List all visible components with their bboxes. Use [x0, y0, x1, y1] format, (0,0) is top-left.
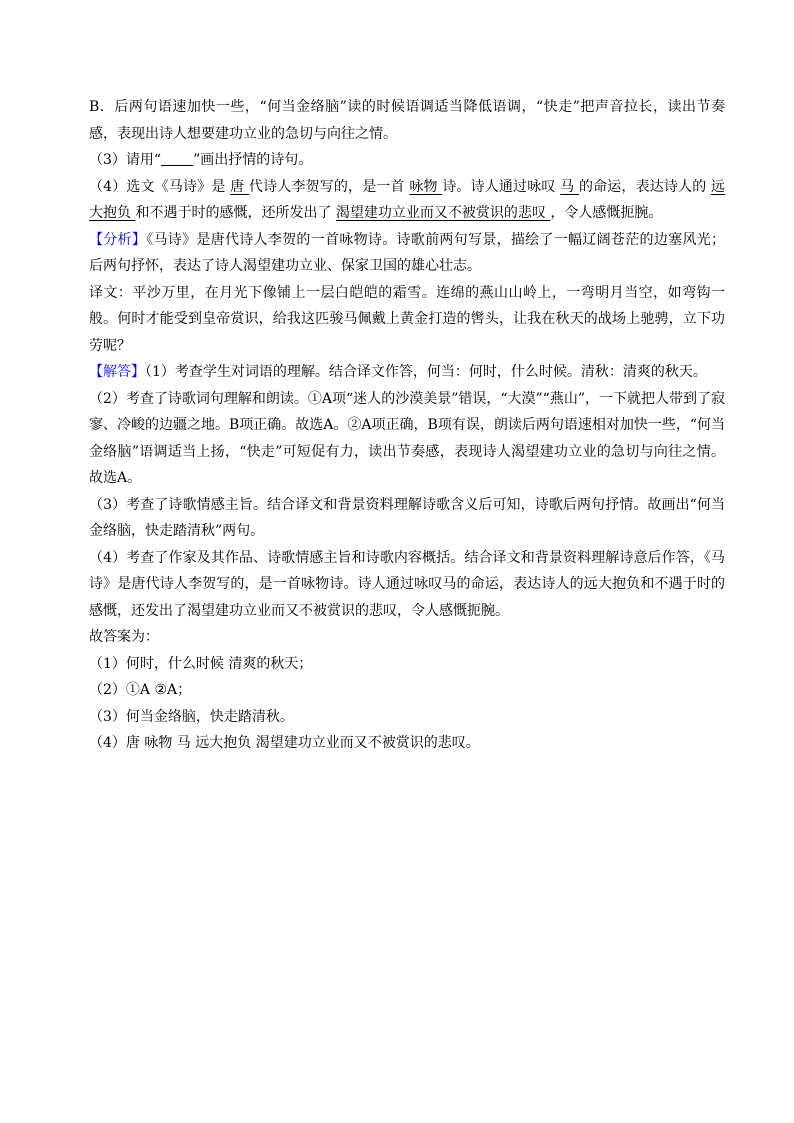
q4-answer-genre: 咏物	[409, 179, 442, 195]
translation: 译文：平沙万里，在月光下像铺上一层白皑皑的霜雪。连绵的燕山山岭上，一弯明月当空，…	[89, 280, 725, 360]
answer-section: 【解答】（1）考查学生对词语的理解。结合译文作答，何当：何时，什么时候。清秋：清…	[89, 359, 725, 386]
answer-p1: （1）考查学生对词语的理解。结合译文作答，何当：何时，什么时候。清秋：清爽的秋天…	[145, 364, 707, 380]
answer-label: 【解答】	[89, 364, 145, 380]
q3-prefix: （3）请用“	[89, 152, 161, 168]
option-b: B．后两句语速加快一些，“何当金络脑”读的时候语调适当降低语调，“快走”把声音拉…	[89, 94, 725, 147]
q4-text: （4）选文《马诗》是	[89, 179, 230, 195]
question-3: （3）请用“”画出抒情的诗句。	[89, 147, 725, 174]
final-answer-3: （3）何当金络脑，快走踏清秋。	[89, 704, 725, 731]
q4-answer-dynasty: 唐	[230, 179, 249, 195]
q4-answer-lament: 渴望建功立业而又不被赏识的悲叹	[336, 205, 550, 221]
q4-text: 的命运，表达诗人的	[579, 179, 711, 195]
final-answer-2: （2）①A ②A；	[89, 677, 725, 704]
answer-p2: （2）考查了诗歌词句理解和朗读。①A项“迷人的沙漠美景”错误，“大漠”“燕山”，…	[89, 386, 725, 492]
q4-answer-subject: 马	[560, 179, 579, 195]
document-page: B．后两句语速加快一些，“何当金络脑”读的时候语调适当降低语调，“快走”把声音拉…	[89, 94, 725, 757]
blank-line	[161, 151, 193, 166]
answer-p3: （3）考查了诗歌情感主旨。结合译文和背景资料理解诗歌含义后可知，诗歌后两句抒情。…	[89, 492, 725, 545]
question-4: （4）选文《马诗》是 唐 代诗人李贺写的，是一首 咏物 诗。诗人通过咏叹 马 的…	[89, 174, 725, 227]
q3-suffix: ”画出抒情的诗句。	[193, 152, 312, 168]
q4-text: 诗。诗人通过咏叹	[442, 179, 560, 195]
summary-label: 故答案为：	[89, 624, 725, 651]
final-answer-1: （1）何时，什么时候 清爽的秋天；	[89, 651, 725, 678]
q4-text: 代诗人李贺写的，是一首	[249, 179, 409, 195]
answer-p4: （4）考查了作家及其作品、诗歌情感主旨和诗歌内容概括。结合译文和背景资料理解诗意…	[89, 545, 725, 625]
q4-text: ，令人感慨扼腕。	[550, 205, 662, 221]
analysis-label: 【分析】	[89, 232, 146, 248]
analysis-text: 《马诗》是唐代诗人李贺的一首咏物诗。诗歌前两句写景，描绘了一幅辽阔苍茫的边塞风光…	[89, 232, 725, 275]
final-answer-4: （4）唐 咏物 马 远大抱负 渴望建功立业而又不被赏识的悲叹。	[89, 730, 725, 757]
q4-text: 和不遇于时的感慨，还所发出了	[135, 205, 335, 221]
analysis-section: 【分析】《马诗》是唐代诗人李贺的一首咏物诗。诗歌前两句写景，描绘了一幅辽阔苍茫的…	[89, 227, 725, 280]
